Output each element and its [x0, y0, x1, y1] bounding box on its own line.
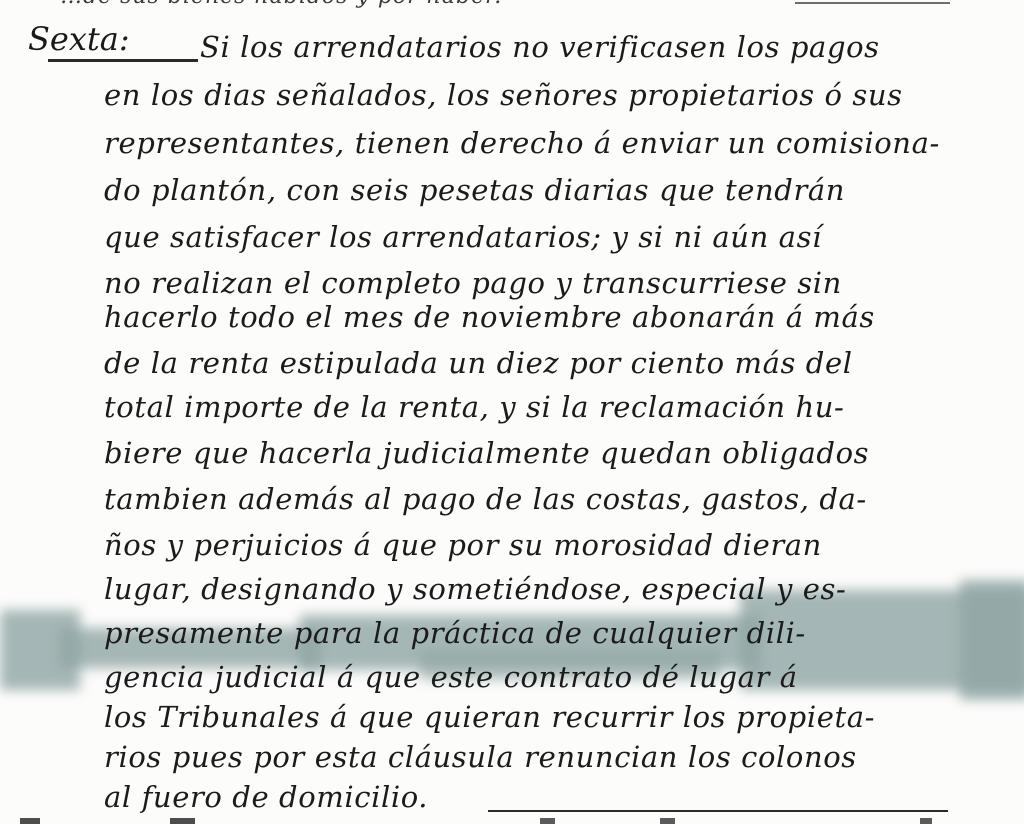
text-line: hacerlo todo el mes de noviembre abonará…: [104, 300, 875, 334]
text-line: presamente para la práctica de cualquier…: [104, 616, 806, 650]
text-line: lugar, designando y sometiéndose, especi…: [104, 572, 846, 606]
text-line: los Tribunales á que quieran recurrir lo…: [104, 700, 875, 734]
scanned-document-page: …de sus bienes habidos y por haber. Sext…: [0, 0, 1024, 824]
clause-end-rule: [488, 810, 948, 812]
text-line: gencia judicial á que este contrato dé l…: [104, 660, 798, 694]
text-line: representantes, tienen derecho á enviar …: [104, 126, 940, 160]
next-line-cut-off: [20, 818, 1010, 824]
text-line: tambien además al pago de las costas, ga…: [104, 482, 867, 516]
text-line: rios pues por esta cláusula renuncian lo…: [104, 740, 857, 774]
text-line: al fuero de domicilio.: [104, 780, 428, 814]
text-line: Si los arrendatarios no verificasen los …: [200, 30, 880, 64]
text-line: de la renta estipulada un diez por cient…: [104, 346, 853, 380]
text-line: que satisfacer los arrendatarios; y si n…: [104, 220, 822, 254]
text-line: en los dias señalados, los señores propi…: [104, 78, 903, 112]
next-line-strokes: [20, 818, 1010, 824]
text-line: no realizan el completo pago y transcurr…: [104, 266, 842, 300]
text-line: total importe de la renta, y si la recla…: [104, 390, 844, 424]
text-line: do plantón, con seis pesetas diarias que…: [104, 173, 845, 207]
text-line: ños y perjuicios á que por su morosidad …: [104, 528, 822, 562]
clause-body: Si los arrendatarios no verificasen los …: [0, 0, 1024, 824]
text-line: biere que hacerla judicialmente quedan o…: [104, 436, 869, 470]
